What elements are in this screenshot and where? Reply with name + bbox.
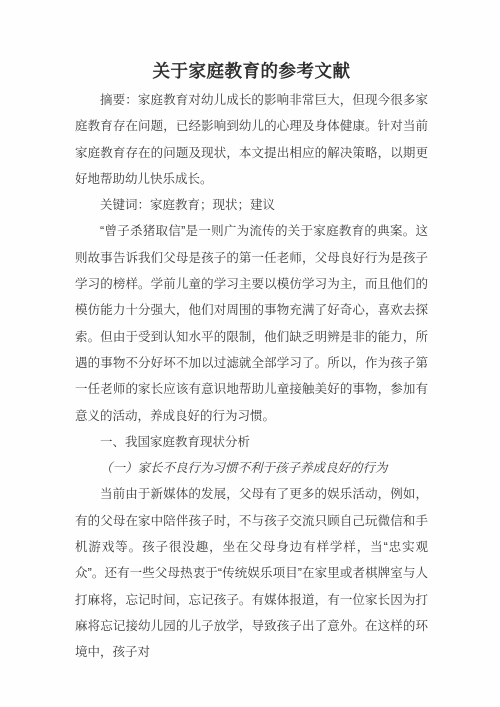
section-heading: 一、我国家庭教育现状分析 [75, 429, 428, 455]
document-title: 关于家庭教育的参考文献 [75, 57, 428, 85]
paragraph-body-intro: “曾子杀猪取信”是一则广为流传的关于家庭教育的典案。这则故事告诉我们父母是孩子的… [75, 218, 428, 428]
paragraph-abstract: 摘要：家庭教育对幼儿成长的影响非常巨大，但现今很多家庭教育存在问题，已经影响到幼… [75, 87, 428, 192]
paragraph-keywords: 关键词：家庭教育；现状；建议 [75, 192, 428, 218]
subsection-heading: （一）家长不良行为习惯不利于孩子养成良好的行为 [75, 455, 428, 481]
document-page: 关于家庭教育的参考文献 摘要：家庭教育对幼儿成长的影响非常巨大，但现今很多家庭教… [0, 0, 500, 707]
paragraph-body-current-status: 当前由于新媒体的发展，父母有了更多的娱乐活动，例如，有的父母在家中陪伴孩子时，不… [75, 481, 428, 665]
